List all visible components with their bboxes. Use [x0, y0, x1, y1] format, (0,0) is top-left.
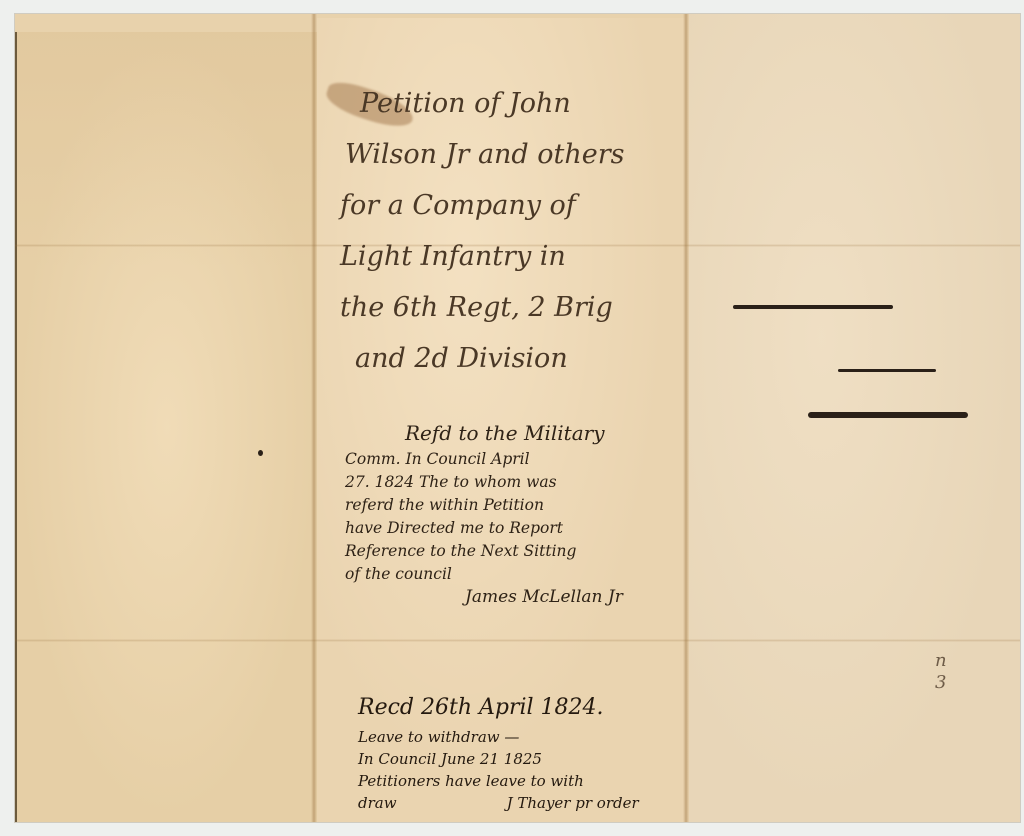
referral-line: Refd to the Military [345, 418, 623, 448]
fold-line-left [311, 14, 317, 822]
docket-title-line: the 6th Regt, 2 Brig [340, 282, 680, 333]
docket-title-line: Light Infantry in [340, 231, 680, 282]
margin-mark: n [935, 650, 947, 672]
margin-notes: n 3 [935, 650, 947, 694]
ink-stroke-mark [838, 369, 936, 372]
referral-line: 27. 1824 The to whom was [345, 471, 623, 494]
referral-line: Reference to the Next Sitting [345, 540, 623, 563]
received-signature: J Thayer pr order [397, 794, 639, 812]
referral-line: Comm. In Council April [345, 448, 623, 471]
ink-stroke-mark [808, 412, 968, 418]
received-line: Leave to withdraw — [358, 726, 639, 748]
right-panel [689, 14, 1020, 822]
docket-title-line: for a Company of [340, 180, 680, 231]
referral-signature: James McLellan Jr [345, 586, 623, 609]
received-note: Recd 26th April 1824. Leave to withdraw … [358, 690, 639, 814]
referral-line: of the council [345, 563, 623, 586]
received-line: In Council June 21 1825 [358, 748, 639, 770]
margin-mark: 3 [935, 672, 947, 694]
referral-line: referd the within Petition [345, 494, 623, 517]
received-date: Recd 26th April 1824. [358, 690, 639, 726]
docket-title-line: Wilson Jr and others [340, 129, 680, 180]
docket-title: Petition of John Wilson Jr and others fo… [340, 78, 680, 384]
received-line: drawJ Thayer pr order [358, 792, 639, 814]
ink-dot [258, 450, 263, 456]
docket-title-line: Petition of John [340, 78, 680, 129]
left-panel [15, 32, 317, 822]
docket-title-line: and 2d Division [340, 333, 680, 384]
fold-line-right [683, 14, 689, 822]
fold-line-horizontal-lower [15, 639, 1020, 642]
referral-line: have Directed me to Report [345, 517, 623, 540]
referral-note: Refd to the Military Comm. In Council Ap… [345, 418, 623, 609]
ink-stroke-mark [733, 305, 893, 309]
received-line: Petitioners have leave to with [358, 770, 639, 792]
